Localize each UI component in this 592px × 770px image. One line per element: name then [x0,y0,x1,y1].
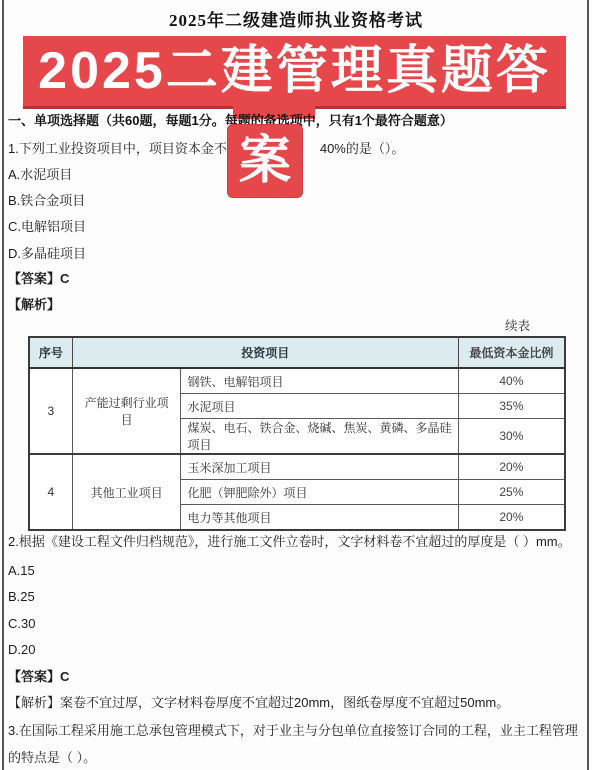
row-item: 煤炭、电石、铁合金、烧碱、焦炭、黄磷、多晶硅项目 [181,419,458,455]
row-item: 钢铁、电解铝项目 [181,368,458,394]
exam-document-page: 2025年二级建造师执业资格考试 2025二建管理真题答 一、单项选择题（共60… [0,0,592,770]
answer-sticker-char: 案 [239,135,291,187]
question1-option-a: A.水泥项目 [8,164,72,183]
row-ratio: 35% [458,394,565,419]
scan-edge-line-right [587,0,589,770]
row-item: 水泥项目 [181,394,458,419]
question1-text-after: 40%的是（）。 [320,141,405,156]
table-header-ratio: 最低资本金比例 [458,337,565,368]
row-item: 玉米深加工项目 [181,454,458,480]
question2-answer: 【答案】C [8,666,69,685]
question3-text: 3.在国际工程采用施工总承包管理模式下，对于业主与分包单位直接签订合同的工程，业… [8,717,584,770]
row-ratio: 25% [458,480,565,505]
row-ratio: 20% [458,505,565,531]
table-continued-label: 续表 [505,316,530,334]
group-category: 产能过剩行业项目 [72,368,181,454]
question2-text: 2.根据《建设工程文件归档规范》，进行施工文件立卷时，文字材料卷不宜超过的厚度是… [8,531,571,550]
scan-edge-line-left [2,0,4,770]
table-row: 4 其他工业项目 玉米深加工项目 20% [29,454,565,480]
question1-option-b: B.铁合金项目 [8,190,85,209]
question1-option-c: C.电解铝项目 [8,216,86,235]
group-category: 其他工业项目 [72,454,181,530]
question2-option-c: C.30 [8,616,35,631]
table-header-project: 投资项目 [72,337,458,368]
group-no: 3 [29,368,72,454]
red-title-banner: 2025二建管理真题答 [23,36,566,109]
question2-option-d: D.20 [8,642,35,657]
capital-ratio-table: 序号 投资项目 最低资本金比例 3 产能过剩行业项目 钢铁、电解铝项目 40% … [28,336,566,531]
question2-analysis: 【解析】案卷不宜过厚，文字材料卷厚度不宜超过20mm，图纸卷厚度不宜超过50mm… [8,692,509,711]
banner-title-text: 2025二建管理真题答 [38,45,551,97]
answer-sticker-box: 案 [227,124,303,198]
row-item: 化肥（钾肥除外）项目 [181,480,458,505]
question1-analysis-label: 【解析】 [8,294,60,313]
question1-answer: 【答案】C [8,268,69,287]
row-ratio: 40% [458,368,565,394]
row-ratio: 20% [458,454,565,480]
question1-text: 1.下列工业投资项目中，项目资本金不应40%的是（）。 [8,138,404,157]
table-header: 序号 投资项目 最低资本金比例 [29,337,565,368]
question2-option-b: B.25 [8,589,35,604]
question2-option-a: A.15 [8,563,35,578]
group-no: 4 [29,454,72,530]
row-ratio: 30% [458,419,565,455]
row-item: 电力等其他项目 [181,505,458,531]
exam-title: 2025年二级建造师执业资格考试 [0,6,592,31]
table-header-no: 序号 [29,337,72,368]
table-row: 3 产能过剩行业项目 钢铁、电解铝项目 40% [29,368,565,394]
question1-option-d: D.多晶硅项目 [8,243,86,262]
question1-text-before: 1.下列工业投资项目中，项目资本金不应 [8,141,240,156]
